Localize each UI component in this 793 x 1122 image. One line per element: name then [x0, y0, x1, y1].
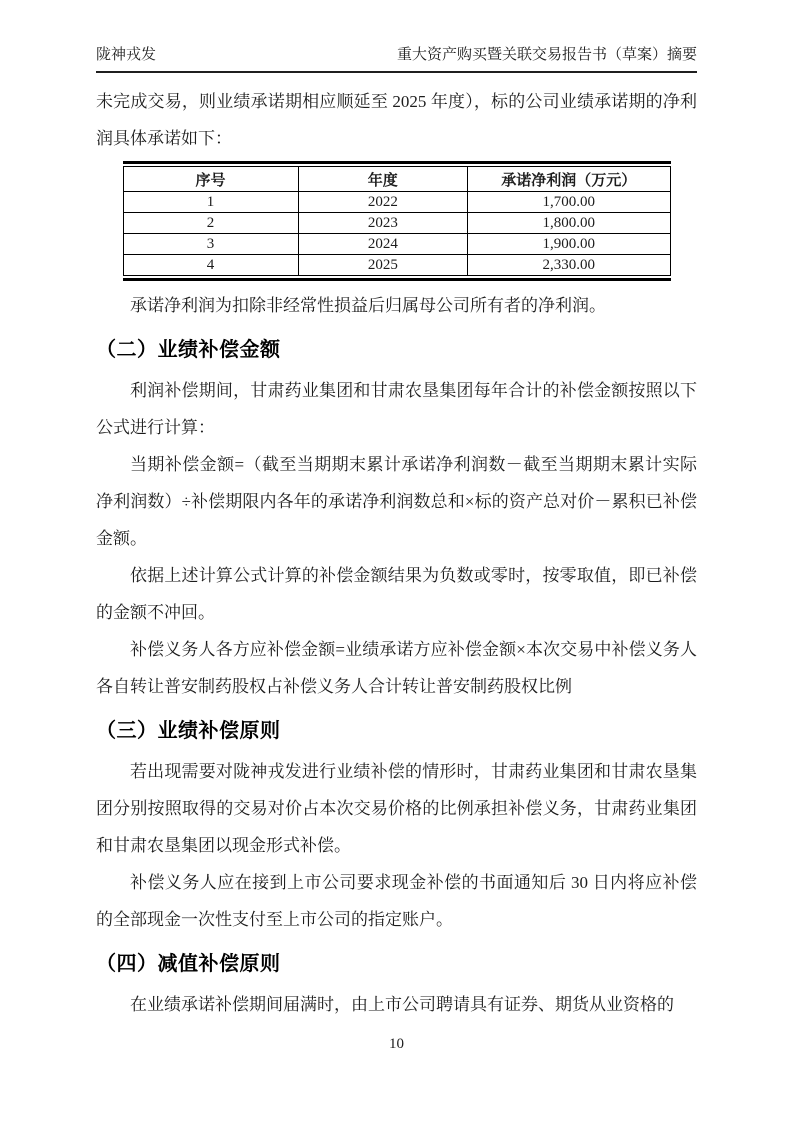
section-heading-compensation-principle: （三）业绩补偿原则: [96, 717, 697, 745]
table-header-year: 年度: [298, 167, 468, 192]
page-content: 陇神戎发 重大资产购买暨关联交易报告书（草案）摘要 未完成交易，则业绩承诺期相应…: [96, 0, 697, 1023]
page-footer: 10: [0, 1036, 793, 1053]
profit-commitment-table-frame: 序号 年度 承诺净利润（万元） 1 2022 1,700.00 2 2023 1…: [123, 161, 671, 281]
cell-index: 2: [123, 213, 298, 234]
body-paragraph-formula: 当期补偿金额=（截至当期期末累计承诺净利润数－截至当期期末累计实际净利润数）÷补…: [96, 446, 697, 557]
cell-year: 2025: [298, 255, 468, 276]
body-paragraph: 依据上述计算公式计算的补偿金额结果为负数或零时，按零取值，即已补偿的金额不冲回。: [96, 557, 697, 631]
cell-year: 2022: [298, 192, 468, 213]
document-page: 陇神戎发 重大资产购买暨关联交易报告书（草案）摘要 未完成交易，则业绩承诺期相应…: [0, 0, 793, 1122]
cell-profit: 2,330.00: [468, 255, 670, 276]
cell-profit: 1,900.00: [468, 234, 670, 255]
cell-profit: 1,700.00: [468, 192, 670, 213]
header-company-name: 陇神戎发: [96, 46, 156, 64]
cell-index: 3: [123, 234, 298, 255]
cell-year: 2023: [298, 213, 468, 234]
table-row: 4 2025 2,330.00: [123, 255, 670, 276]
body-paragraph: 在业绩承诺补偿期间届满时，由上市公司聘请具有证券、期货从业资格的: [96, 986, 697, 1023]
section-heading-compensation-amount: （二）业绩补偿金额: [96, 336, 697, 364]
cell-profit: 1,800.00: [468, 213, 670, 234]
header-document-title: 重大资产购买暨关联交易报告书（草案）摘要: [397, 46, 697, 64]
intro-paragraph: 未完成交易，则业绩承诺期相应顺延至 2025 年度），标的公司业绩承诺期的净利润…: [96, 83, 697, 157]
table-header-profit: 承诺净利润（万元）: [468, 167, 670, 192]
body-paragraph: 补偿义务人应在接到上市公司要求现金补偿的书面通知后 30 日内将应补偿的全部现金…: [96, 864, 697, 938]
cell-index: 1: [123, 192, 298, 213]
section-heading-impairment-principle: （四）减值补偿原则: [96, 950, 697, 978]
running-header: 陇神戎发 重大资产购买暨关联交易报告书（草案）摘要: [96, 46, 697, 73]
table-row: 1 2022 1,700.00: [123, 192, 670, 213]
body-paragraph: 利润补偿期间，甘肃药业集团和甘肃农垦集团每年合计的补偿金额按照以下公式进行计算：: [96, 372, 697, 446]
cell-year: 2024: [298, 234, 468, 255]
table-header-row: 序号 年度 承诺净利润（万元）: [123, 167, 670, 192]
body-paragraph: 若出现需要对陇神戎发进行业绩补偿的情形时，甘肃药业集团和甘肃农垦集团分别按照取得…: [96, 753, 697, 864]
table-row: 2 2023 1,800.00: [123, 213, 670, 234]
body-paragraph-formula: 补偿义务人各方应补偿金额=业绩承诺方应补偿金额×本次交易中补偿义务人各自转让普安…: [96, 631, 697, 705]
table-note-paragraph: 承诺净利润为扣除非经常性损益后归属母公司所有者的净利润。: [96, 287, 697, 324]
table-row: 3 2024 1,900.00: [123, 234, 670, 255]
cell-index: 4: [123, 255, 298, 276]
profit-commitment-table: 序号 年度 承诺净利润（万元） 1 2022 1,700.00 2 2023 1…: [123, 166, 671, 276]
table-header-index: 序号: [123, 167, 298, 192]
page-number: 10: [389, 1036, 404, 1052]
